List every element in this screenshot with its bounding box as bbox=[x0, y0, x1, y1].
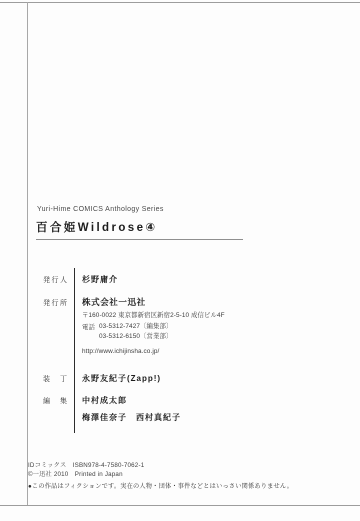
label-value-separator-line bbox=[74, 268, 75, 433]
page-frame-top-line bbox=[0, 2, 360, 3]
editing-label: 編集 bbox=[43, 396, 67, 406]
publisher-person-name: 杉野庸介 bbox=[82, 274, 118, 285]
publisher-website: http://www.ichijinsha.co.jp/ bbox=[82, 348, 225, 355]
colophon-page: Yuri-Hime COMICS Anthology Series 百合姫Wil… bbox=[0, 0, 360, 521]
publisher-company-name: 株式会社一迅社 bbox=[82, 296, 225, 308]
page-title: 百合姫Wildrose④ bbox=[36, 219, 158, 235]
imprint-isbn-line: IDコミックス ISBN978-4-7580-7062-1 bbox=[28, 460, 144, 469]
phone-editorial: 03-5312-7427〔編集部〕 bbox=[99, 322, 172, 333]
phone-block: 電話 03-5312-7427〔編集部〕 03-5312-6150〔営業部〕 bbox=[82, 322, 225, 343]
copyright-line: ©一迅社 2010 Printed in Japan bbox=[28, 469, 123, 478]
fiction-disclaimer-line: ●この作品はフィクションです。実在の人物・団体・事件などとはいっさい関係ありませ… bbox=[28, 481, 293, 490]
editor-primary: 中村成太郎 bbox=[82, 395, 127, 406]
phone-label: 電話 bbox=[82, 322, 99, 343]
publisher-label: 発行所 bbox=[43, 298, 67, 308]
design-credit: 永野友紀子(Zapp!) bbox=[82, 373, 161, 384]
credits-table: 発行人 杉野庸介 発行所 株式会社一迅社 〒160-0022 東京都新宿区新宿2… bbox=[43, 268, 343, 433]
page-frame-left-line bbox=[27, 2, 28, 505]
phone-sales: 03-5312-6150〔営業部〕 bbox=[99, 332, 172, 343]
title-underline bbox=[36, 239, 243, 240]
editors-secondary: 梅澤佳奈子 西村真紀子 bbox=[82, 412, 181, 423]
phone-numbers: 03-5312-7427〔編集部〕 03-5312-6150〔営業部〕 bbox=[99, 322, 172, 343]
page-frame-bottom-line bbox=[0, 505, 360, 506]
publisher-block: 株式会社一迅社 〒160-0022 東京都新宿区新宿2-5-10 成信ビル4F … bbox=[82, 296, 225, 355]
series-label: Yuri-Hime COMICS Anthology Series bbox=[37, 206, 164, 213]
design-label: 装丁 bbox=[43, 374, 67, 384]
publisher-address: 〒160-0022 東京都新宿区新宿2-5-10 成信ビル4F bbox=[82, 310, 225, 319]
publisher-person-label: 発行人 bbox=[43, 275, 67, 285]
